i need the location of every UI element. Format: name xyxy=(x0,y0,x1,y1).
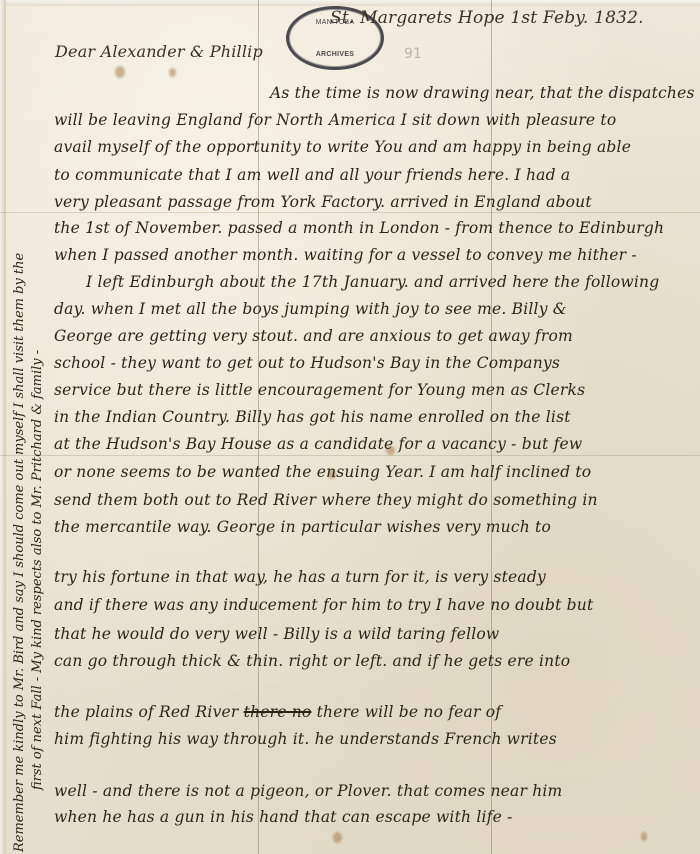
stamp-bottom-text: ARCHIVES xyxy=(289,51,381,58)
salutation: Dear Alexander & Phillip xyxy=(55,42,263,61)
struck-out-word: there no xyxy=(244,703,312,721)
body-line: service but there is little encouragemen… xyxy=(54,381,585,399)
paper-left-edge xyxy=(0,0,6,854)
body-line: well - and there is not a pigeon, or Plo… xyxy=(54,782,562,800)
body-line: or none seems to be wanted the ensuing Y… xyxy=(54,463,591,481)
body-line: avail myself of the opportunity to write… xyxy=(54,138,631,156)
pencil-catalog-mark: 91 xyxy=(404,46,422,62)
body-line-start: the plains of Red River xyxy=(54,703,239,721)
body-line: him fighting his way through it. he unde… xyxy=(54,730,557,748)
body-line: the plains of Red River there no there w… xyxy=(54,703,501,721)
body-line: to communicate that I am well and all yo… xyxy=(54,166,570,184)
body-line-end: there will be no fear of xyxy=(317,703,502,721)
ink-stain xyxy=(641,832,647,841)
paper-top-edge xyxy=(0,0,700,6)
letter-page: MANITOBA ARCHIVES 91 St. Margarets Hope … xyxy=(0,0,700,854)
body-line: I left Edinburgh about the 17th January.… xyxy=(86,273,659,291)
body-line: George are getting very stout. and are a… xyxy=(54,327,573,345)
body-line: the mercantile way. George in particular… xyxy=(54,518,551,536)
place-date: St. Margarets Hope 1st Feby. 1832. xyxy=(330,8,644,28)
body-line: in the Indian Country. Billy has got his… xyxy=(54,408,571,426)
body-line: very pleasant passage from York Factory.… xyxy=(54,193,592,211)
body-line: when I passed another month. waiting for… xyxy=(54,246,637,264)
body-line: As the time is now drawing near, that th… xyxy=(270,84,695,102)
fold-line-horizontal-upper xyxy=(0,212,700,213)
fold-line-horizontal-lower xyxy=(0,455,700,456)
body-line: try his fortune in that way, he has a tu… xyxy=(54,568,546,586)
body-line: send them both out to Red River where th… xyxy=(54,491,598,509)
body-line: will be leaving England for North Americ… xyxy=(54,111,616,129)
margin-postscript-column-2: first of next Fall - My kind respects al… xyxy=(30,90,45,790)
body-line: and if there was any inducement for him … xyxy=(54,596,593,614)
body-line: that he would do very well - Billy is a … xyxy=(54,625,499,643)
ink-stain xyxy=(169,68,176,77)
ink-stain xyxy=(115,66,125,78)
body-line: can go through thick & thin. right or le… xyxy=(54,652,570,670)
body-line: when he has a gun in his hand that can e… xyxy=(54,808,513,826)
ink-stain xyxy=(333,832,342,843)
margin-postscript-column-1: Remember me kindly to Mr. Bird and say I… xyxy=(12,2,27,852)
body-line: school - they want to get out to Hudson'… xyxy=(54,354,560,372)
body-line: day. when I met all the boys jumping wit… xyxy=(54,300,567,318)
body-line: at the Hudson's Bay House as a candidate… xyxy=(54,435,582,453)
body-line: the 1st of November. passed a month in L… xyxy=(54,219,664,237)
